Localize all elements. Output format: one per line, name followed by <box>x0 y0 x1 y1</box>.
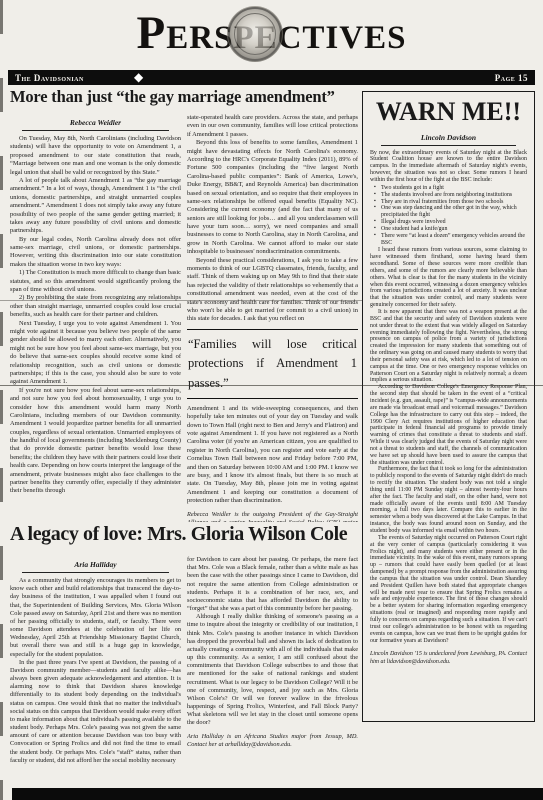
article2-contributor-note: Lincoln Davidson '15 is undeclared from … <box>370 650 527 666</box>
rumor-item: There were “at least a dozen” emergency … <box>374 233 527 247</box>
pull-quote: “Families will lose critical protections… <box>187 329 358 399</box>
article1-col2-text-top: state-operated health care providers. Ac… <box>187 114 358 324</box>
article2-byline-block: Lincoln Davidson <box>381 131 516 146</box>
diamond-icon: ◆ <box>134 70 144 85</box>
article3-col1-text: As a community that strongly encourages … <box>10 577 181 765</box>
article2-box: WARN ME!! Lincoln Davidson By now, the e… <box>362 91 535 722</box>
paragraph: state-operated health care providers. Ac… <box>187 114 358 139</box>
paragraph: It is now apparent that there was not a … <box>370 309 527 384</box>
bottom-bar <box>12 788 543 800</box>
paragraph: The events of Saturday night occurred on… <box>370 535 527 645</box>
scan-edge-artifact <box>0 0 3 800</box>
paragraph: On Tuesday, May 8th, North Carolinians (… <box>10 135 181 177</box>
paragraph: If you're not sure how you feel about sa… <box>10 387 181 496</box>
rumor-item: The students involved are from neighbori… <box>374 192 527 199</box>
paper-name: The Davidsonian <box>15 73 84 83</box>
article1-contributor-note: Rebecca Weidler is the outgoing Presiden… <box>187 511 358 522</box>
paragraph: Beyond these practical considerations, I… <box>187 257 358 324</box>
paragraph: Amendment 1 and its wide-sweeping conseq… <box>187 405 358 506</box>
paragraph: As a community that strongly encourages … <box>10 577 181 659</box>
article3-column-1: Aria Halliday As a community that strong… <box>10 556 181 790</box>
article2-paragraphs: I heard these rumors from various source… <box>370 247 527 644</box>
rumor-item: One student had a knife/gun <box>374 226 527 233</box>
paragraph: Furthermore, the fact that it took so lo… <box>370 466 527 534</box>
article3-column-2: for Davidson to care about her passing. … <box>187 556 358 790</box>
rumor-item: Illegal drugs were involved <box>374 219 527 226</box>
article2-intro-paragraph: By now, the extraordinary events of Satu… <box>370 150 527 184</box>
college-seal-icon <box>227 6 283 62</box>
article3-byline-block: Aria Halliday <box>22 558 169 573</box>
paragraph: According to Davidson College's Emergenc… <box>370 384 527 466</box>
article1-col2-text-bottom: Amendment 1 and its wide-sweeping conseq… <box>187 405 358 506</box>
article1-byline: Rebecca Weidler <box>22 118 169 127</box>
article2-rumor-list: Two students got in a fightThe students … <box>374 185 527 247</box>
article2-byline: Lincoln Davidson <box>381 133 516 142</box>
paragraph: Although I really dislike thinking of so… <box>187 613 358 727</box>
paragraph: for Davidson to care about her passing. … <box>187 556 358 613</box>
paragraph: Beyond this loss of benefits to some fam… <box>187 139 358 256</box>
article3-byline: Aria Halliday <box>22 560 169 569</box>
article2-text: By now, the extraordinary events of Satu… <box>370 150 527 667</box>
section-bar: The Davidsonian ◆ Page 15 <box>8 70 535 85</box>
article1-column-2: state-operated health care providers. Ac… <box>187 114 358 522</box>
paragraph: 1) The Constitution is much more difficu… <box>10 269 181 294</box>
article1-col1-text: On Tuesday, May 8th, North Carolinians (… <box>10 135 181 496</box>
article1-headline: More than just “the gay marriage amendme… <box>10 88 360 106</box>
page-number: Page 15 <box>495 73 528 83</box>
rumor-item: They are in rival fraternities from thos… <box>374 199 527 206</box>
article3-headline: A legacy of love: Mrs. Gloria Wilson Col… <box>10 523 362 546</box>
paragraph: A lot of people talk about Amendment 1 a… <box>10 177 181 236</box>
article2-headline: WARN ME!! <box>370 98 527 127</box>
paragraph: Next Tuesday, I urge you to vote against… <box>10 320 181 387</box>
masthead: Perspectives <box>0 0 543 68</box>
article3-contributor-note: Aria Halliday is an Africana Studies maj… <box>187 733 358 750</box>
article1-column-1: Rebecca Weidler On Tuesday, May 8th, Nor… <box>10 114 181 522</box>
rumor-item: One was step dancing and the other got i… <box>374 205 527 219</box>
scan-artifact-line <box>0 300 362 301</box>
paragraph: By our legal codes, North Carolina alrea… <box>10 236 181 270</box>
newspaper-page: Perspectives The Davidsonian ◆ Page 15 M… <box>0 0 543 800</box>
paragraph: In the past three years I've spent at Da… <box>10 659 181 765</box>
article1-byline-block: Rebecca Weidler <box>22 116 169 131</box>
paragraph: 2) By prohibiting the state from recogni… <box>10 294 181 319</box>
article3-col2-text: for Davidson to care about her passing. … <box>187 556 358 728</box>
scan-artifact-line <box>0 385 543 386</box>
paragraph: I heard these rumors from various source… <box>370 247 527 309</box>
rumor-item: Two students got in a fight <box>374 185 527 192</box>
